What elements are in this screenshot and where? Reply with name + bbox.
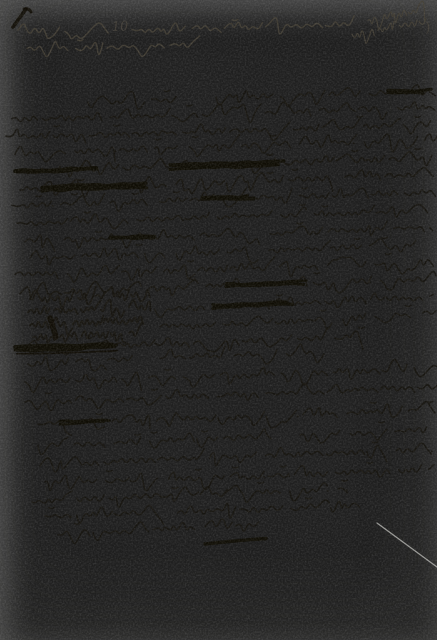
handwriting-svg: 10 ): [0, 0, 437, 640]
manuscript-page-photo: 10 ): [0, 0, 437, 640]
photo-grain-light: [0, 0, 437, 640]
screenshot-root: 10 ): [0, 0, 437, 640]
